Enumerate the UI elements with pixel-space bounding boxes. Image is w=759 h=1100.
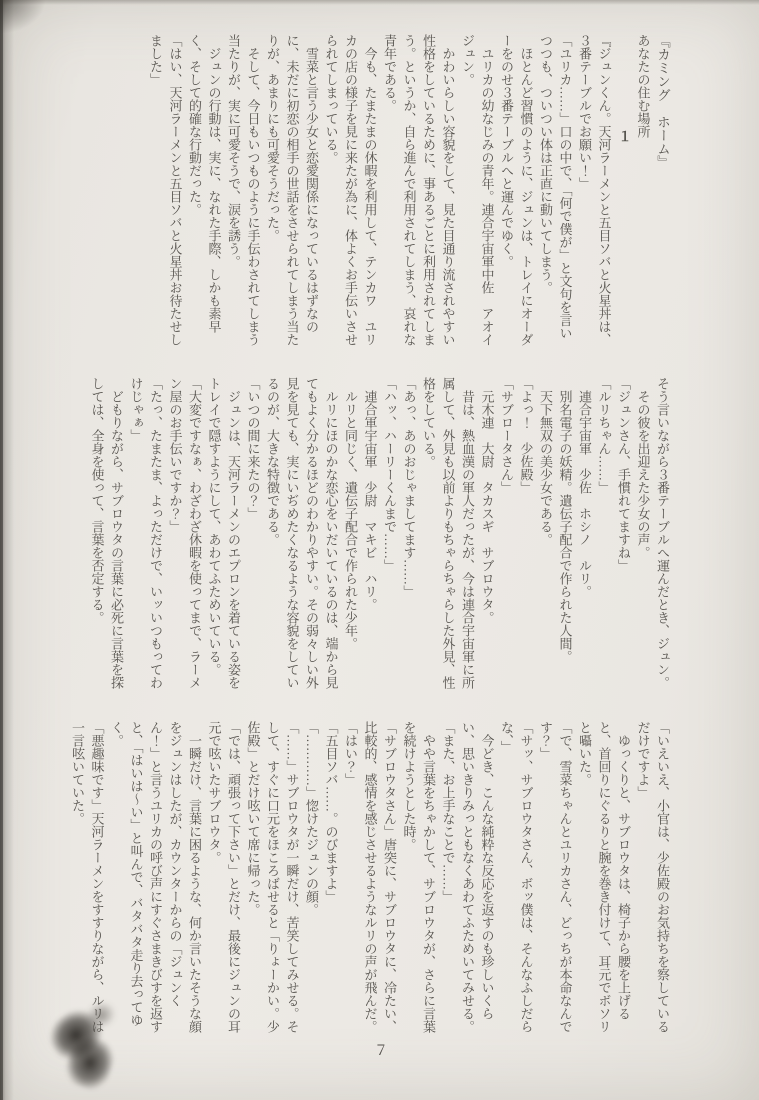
page-number: ７ (374, 1040, 388, 1060)
paragraph: 「はい、天河ラーメンと五目ソバと火星丼お待たせしました」 (146, 34, 185, 348)
paragraph: ルリにほのかな恋心をいだいているのは、端から見てもよく分かるほどのわかりやすい。… (263, 377, 341, 691)
paragraph: 「はい？」 (341, 721, 361, 1035)
paragraph: ルリと同じく、遺伝子配合で作られた少年。 (341, 377, 361, 691)
paragraph: 「で、雪菜ちゃんとユリカさん、どっちが本命なんです？」 (536, 721, 575, 1035)
paragraph: 「サッ、サブロウタさん、ボッ僕は、そんなふしだらな、」 (497, 721, 536, 1035)
paragraph: 連合軍宇宙軍 少尉 マキビ ハリ。 (360, 377, 380, 691)
paragraph: 「ジュンさん、手慣れてますね」 (614, 377, 634, 691)
top-edge-shadow (0, 0, 759, 5)
paragraph: 「また、お上手なことで……」 (438, 721, 458, 1035)
paragraph: 「…………」惚けたジュンの顔。 (302, 721, 322, 1035)
paragraph: ユリカの幼なじみの青年。連合宇宙軍中佐 アオイ ジュン。 (458, 34, 497, 348)
paragraph: 連合宇宙軍 少佐 ホシノ ルリ。 (575, 377, 595, 691)
paragraph: 別名電子の妖精。遺伝子配合で作られた人間。 (555, 377, 575, 691)
paragraph: 「いつの間に来たの？」 (243, 377, 263, 691)
paragraph: ほとんど習慣のように、ジュンは、トレイにオーダーをのせ３番テーブルへと運んでゆく… (497, 34, 536, 348)
paragraph: 「いえいえ、小官は、少佐殿のお気持ちを察しているだけですよ」 (633, 721, 672, 1035)
paragraph: そう言いながら３番テーブルへ運んだとき、ジュン。 (653, 377, 673, 691)
text-band-middle: そう言いながら３番テーブルへ運んだとき、ジュン。 その彼を出迎えた少女の声。「ジ… (87, 377, 672, 691)
top-left-corner-shadow (0, 0, 46, 34)
paragraph: 「よっ！ 少佐殿」 (516, 377, 536, 691)
paragraph: 「では、頑張って下さい」とだけ、最後にジュンの耳元で呟いたサブロウタ。 (204, 721, 243, 1035)
text-band-bottom: 「いえいえ、小官は、少佐殿のお気持ちを察しているだけですよ」 ゆっくりと、サブロ… (68, 721, 673, 1035)
paragraph: 「ルリちゃん……」 (594, 377, 614, 691)
paragraph: 「悪趣味です」天河ラーメンをすすりながら、ルリは一言呟いていた。 (68, 721, 107, 1035)
paragraph: 「サブロウタさん」唐突に、サブロウタに、冷たい、比較的、感情を感じさせるようなル… (360, 721, 399, 1035)
paragraph: その彼を出迎えた少女の声。 (633, 377, 653, 691)
paragraph: 「たっ、たまたま、よっただけで、いッいつもってわけじゃぁ」 (126, 377, 165, 691)
paragraph: 「サブロータさん」 (497, 377, 517, 691)
scanned-novel-page: 『カミング ホーム』 あなたの住む場所 １ 『ジュンくん。天河ラーメンと五目ソバ… (0, 0, 759, 1100)
paragraph: 「……」サブロウタが一瞬だけ、苦笑してみせる。そして、すぐに口元をほころばせると… (243, 721, 302, 1035)
paragraph: ジュンは、天河ラーメンのエプロンを着ている姿をトレイで隠すようにして、あわてふた… (204, 377, 243, 691)
paragraph: どもりながら、サブロウタの言葉に必死に言葉を探しては、全身を使って、言葉を否定す… (87, 377, 126, 691)
paragraph: 雪菜と言う少女と恋愛関係になっているはずなのに、未だに初恋の相手の世話をさせられ… (263, 34, 322, 348)
paragraph: 「大変ですなぁ、わざわざ休暇を使ってまで、ラーメン屋のお手伝いですか？」 (165, 377, 204, 691)
left-edge-line (0, 0, 3, 1100)
paragraph: やや言葉をちゃかして、サブロウタが、さらに言葉を続けようとした時。 (399, 721, 438, 1035)
paragraph: 今どき、こんな純粋な反応を返すのも珍しいくらい、思いきりみっともなくあわてふため… (458, 721, 497, 1035)
paragraph: 「あっ、あのおじゃましてます……」 (399, 377, 419, 691)
paragraph: ゆっくりと、サブロウタは、椅子から腰を上げると、首回りにぐるりと腕を巻き付けて、… (575, 721, 634, 1035)
paragraph: 「ハッ、ハーリーくんまで……」 (380, 377, 400, 691)
paragraph: 昔は、熱血漢の軍人だったが、今は連合宇宙軍に所属して、外見も以前よりもちゃらちゃ… (419, 377, 478, 691)
paragraph: 一瞬だけ、言葉に困るような、何か言いたそうな顔をジュンはしたが、カウンターからの… (107, 721, 205, 1035)
paragraph: 元木連 大尉 タカスギ サブロウタ。 (477, 377, 497, 691)
paragraph: 天下無双の美少女である。 (536, 377, 556, 691)
paragraph: かわいらしい容貌をして、見た目通り流されやすい性格をしているために、事あるごとに… (380, 34, 458, 348)
chapter-number: １ (614, 34, 634, 348)
paragraph: そして、今日もいつものように手伝わされてしまう当たりが、実に可愛そうで、涙を誘う… (224, 34, 263, 348)
paragraph: ジュンの行動は、実に、なれた手際、しかも素早く、そして的確な行動だった。 (185, 34, 224, 348)
paragraph: 『ジュンくん。天河ラーメンと五目ソバと火星丼は、３番テーブルでお願い！」 (575, 34, 614, 348)
story-subtitle: あなたの住む場所 (633, 34, 653, 348)
paragraph: 「ユリカ……」口の中で、「何で僕が」と文句を言いつつも、ついつい体は正直に動いて… (536, 34, 575, 348)
paragraph: 今も、たまたまの休暇を利用して、テンカワ ユリカの店の様子を見に来たが為に、体よ… (321, 34, 380, 348)
story-title: 『カミング ホーム』 (653, 34, 673, 348)
paragraph: 「五目ソバ……。のびますよ」 (321, 721, 341, 1035)
text-band-top: 『カミング ホーム』 あなたの住む場所 １ 『ジュンくん。天河ラーメンと五目ソバ… (146, 34, 673, 348)
